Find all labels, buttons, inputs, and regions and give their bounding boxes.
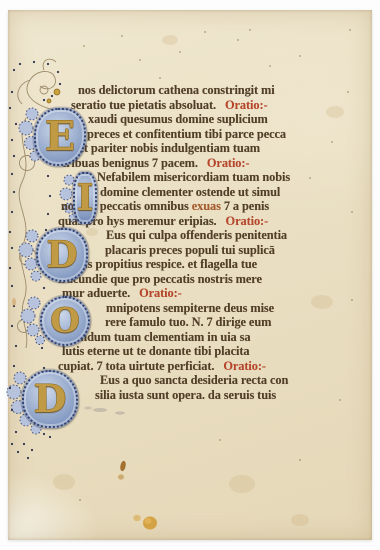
text-segment: tis ut pariter nobis indulgentiam tuam [62,141,260,155]
text-line: iracundie que pro peccatis nostris mere [58,273,262,286]
rubric-label: Oratio:- [223,359,266,373]
rubric-label: Oratio:- [139,286,182,300]
text-segment: 7 a penis [221,199,269,213]
initial-letter: D [34,380,67,418]
rubric-label: Oratio:- [225,98,268,112]
text-segment: mnipotens sempiterne deus mise [106,301,274,315]
manuscript-photo: nos delictorum cathena constringit miser… [0,0,380,550]
text-line: tis ut pariter nobis indulgentiam tuam [62,142,260,155]
text-segment: nos delictorum cathena constringit mi [78,83,275,97]
text-line: nos delictorum cathena constringit mi [78,84,275,97]
text-segment: Eus a quo sancta desideria recta con [100,373,288,387]
illuminated-initial-i-1: I [73,172,97,224]
initial-letter: O [50,304,80,338]
text-line: rere famulo tuo. N. 7 dirige eum [105,316,271,329]
text-segment: Eus qui culpa offenderis penitentia [106,228,287,242]
text-line: xaudi quesumus domine suplicium [88,113,268,126]
text-segment: exuas [192,199,221,213]
text-segment: lutis eterne ut te donante tibi placita [62,344,249,358]
text-line: lutis eterne ut te donante tibi placita [62,345,249,358]
illuminated-initial-o-3: O [40,296,90,346]
text-line: tribuas benignus 7 pacem.Oratio:- [62,157,249,170]
text-segment: cupiat. 7 tota uirtute perficiat. [58,359,214,373]
text-line: Nefabilem misericordiam tuam nobis [97,171,290,184]
rubric-label: Oratio:- [207,156,250,170]
rubric-label: Oratio:- [226,214,269,228]
text-line: domine clementer ostende ut simul [100,186,280,199]
illuminated-initial-d-4: D [22,370,78,428]
text-segment: silia iusta sunt opera. da seruis tuis [95,388,276,402]
text-segment: xaudi quesumus domine suplicium [88,112,268,126]
illuminated-initial-e-0: E [34,108,86,166]
text-segment: seratio tue pietatis absoluat. [71,98,216,112]
text-segment: cantis propitius respice. et flagella tu… [62,257,257,271]
text-line: cupiat. 7 tota uirtute perficiat.Oratio:… [58,360,266,373]
illuminated-initial-d-2: D [36,228,88,282]
text-line: Eus qui culpa offenderis penitentia [106,229,287,242]
initial-letter: D [46,237,77,273]
text-segment: domine clementer ostende ut simul [100,185,280,199]
text-segment: rere famulo tuo. N. 7 dirige eum [105,315,271,329]
text-segment: iracundie que pro peccatis nostris mere [58,272,262,286]
text-segment: placaris preces populi tui suplicā [105,243,275,257]
text-line: preces et confitentium tibi parce pecca [87,128,286,141]
text-segment: Nefabilem misericordiam tuam nobis [97,170,290,184]
text-line: seratio tue pietatis absoluat.Oratio:- [71,99,268,112]
text-line: placaris preces populi tui suplicā [105,244,275,257]
text-line: Eus a quo sancta desideria recta con [100,374,288,387]
text-segment: tribuas benignus 7 pacem. [62,156,198,170]
initial-letter: I [77,180,94,216]
text-block: nos delictorum cathena constringit miser… [58,84,338,414]
text-line: cantis propitius respice. et flagella tu… [62,258,257,271]
text-line: silia iusta sunt opera. da seruis tuis [95,389,276,402]
initial-letter: E [45,117,76,157]
text-line: mur aduerte.Oratio:- [62,287,182,300]
text-line: mnipotens sempiterne deus mise [106,302,274,315]
text-segment: preces et confitentium tibi parce pecca [87,127,286,141]
